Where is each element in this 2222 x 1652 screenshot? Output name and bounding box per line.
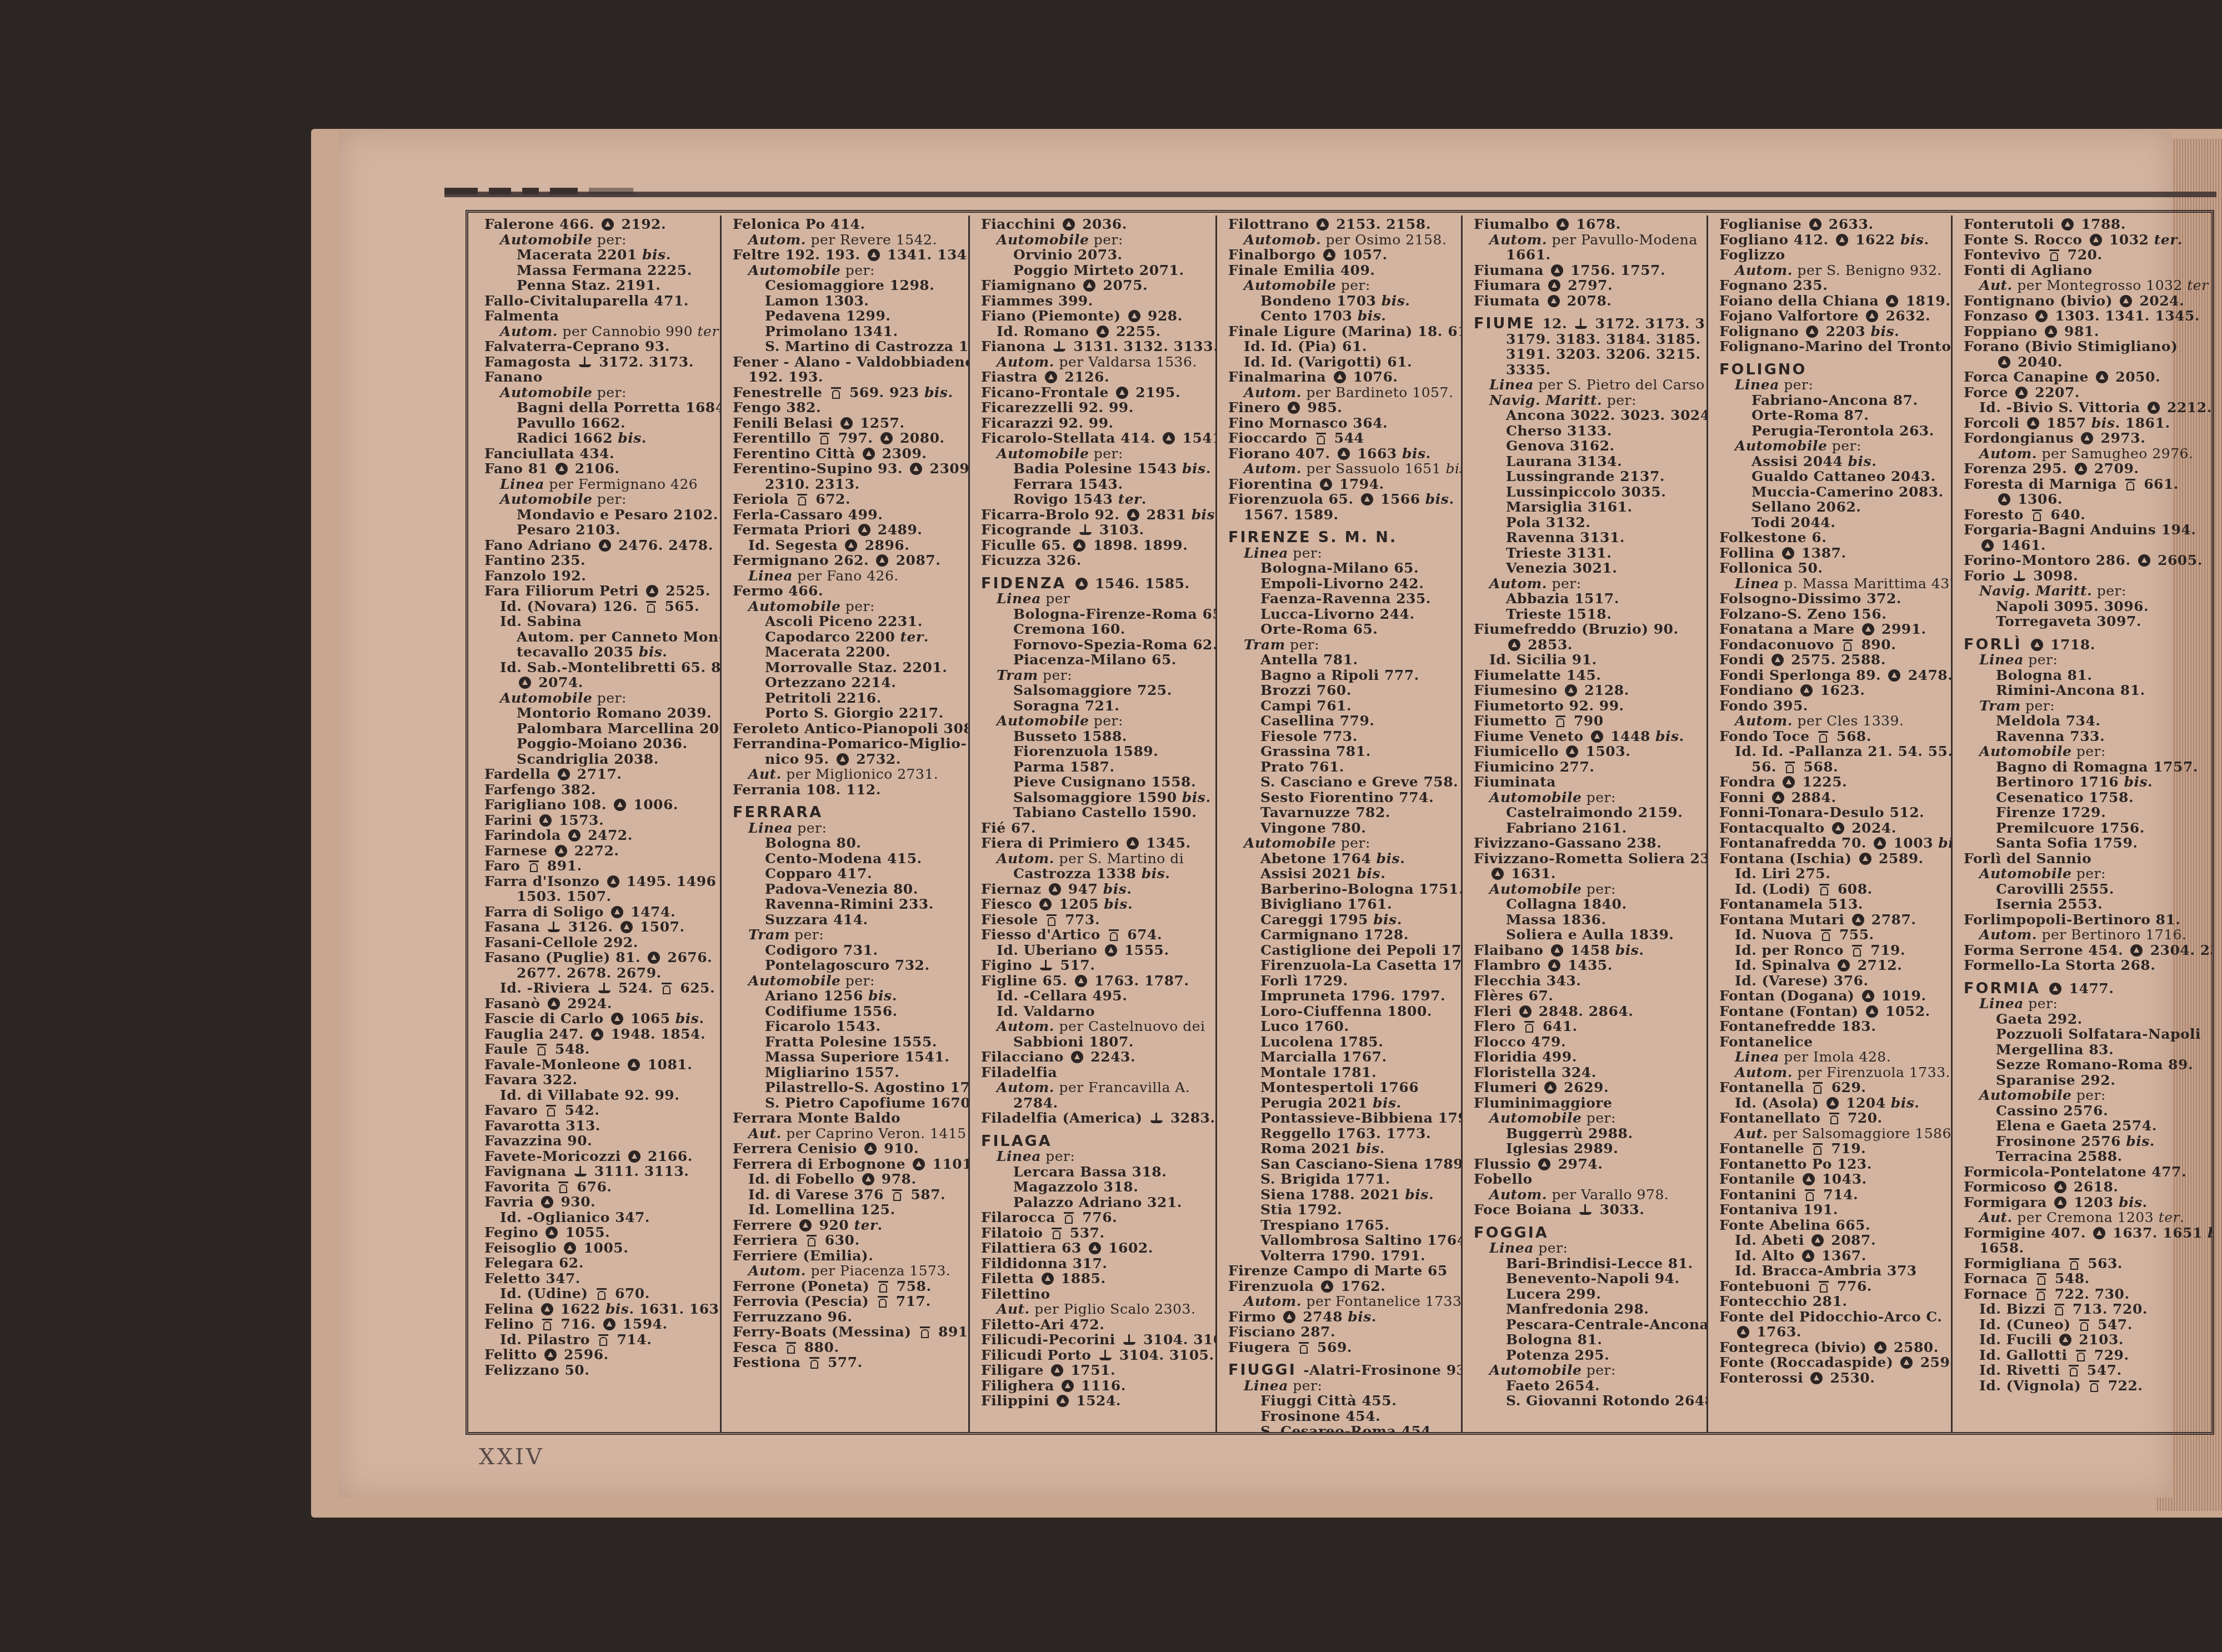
suffix-italic: bis — [618, 430, 642, 446]
automobile-service-icon — [539, 814, 552, 827]
connection-line: Automobile per: — [733, 263, 963, 278]
station-entry: Fenili Belasi 1257. — [733, 415, 963, 431]
station-entry: Follina 1387. — [1719, 545, 1945, 561]
service-type-label: Autom. — [1979, 927, 2037, 943]
connection-line: Autom. per Francavilla A. — [981, 1080, 1210, 1095]
index-line: Abbazia 1517. — [1474, 591, 1701, 607]
station-entry: Fontana Mutari 2787. — [1719, 912, 1945, 928]
connection-line: Linea per — [981, 591, 1210, 607]
index-line: Ravenna 3131. — [1474, 530, 1701, 545]
major-station-heading: FIDENZA 1546. 1585. — [981, 576, 1210, 592]
service-type-label: Autom. — [500, 323, 558, 339]
automobile-service-icon — [646, 585, 658, 597]
tramway-bell-icon — [785, 1341, 797, 1354]
tramway-bell-icon — [2035, 1273, 2048, 1285]
index-line: 1763. — [1719, 1324, 1945, 1340]
index-column-5: Fiumalbo 1678.Autom. per Pavullo-Modena1… — [1463, 216, 1708, 1432]
index-line: Id. per Ronco 719. — [1719, 943, 1945, 958]
station-entry: Fauglia 247. 1948. 1854. — [484, 1027, 714, 1042]
station-entry: Forano (Bivio Stimigliano) — [1964, 339, 2206, 354]
index-line: Carovilli 2555. — [1964, 882, 2206, 897]
automobile-service-icon — [1591, 730, 1603, 743]
automobile-service-icon — [1998, 493, 2010, 505]
service-type-label: Autom. — [997, 354, 1054, 370]
connection-line: Linea per: — [733, 820, 963, 836]
automobile-service-icon — [2059, 1334, 2071, 1346]
index-line: Id. (Novara) 126. 565. — [484, 599, 714, 614]
service-type-label: Autom. — [1735, 1064, 1793, 1080]
connection-line: Automobile per: — [1474, 790, 1701, 805]
suffix-italic: bis — [1615, 942, 1639, 958]
index-line: Cassino 2576. — [1964, 1103, 2206, 1119]
automobile-service-icon — [1127, 509, 1139, 521]
connection-line: Linea per: — [1474, 1240, 1701, 1256]
station-entry: Fengo 382. — [733, 400, 963, 415]
station-entry: Figline 65. 1763. 1787. — [981, 973, 1210, 989]
station-entry: Falerone 466. 2192. — [484, 217, 714, 232]
index-line: Codifiume 1556. — [733, 1004, 963, 1019]
index-line: Orte-Roma 87. — [1719, 408, 1945, 423]
index-line: Meldola 734. — [1964, 713, 2206, 729]
station-entry: Filattiera 63 1602. — [981, 1240, 1210, 1256]
index-line: Bondeno 1703 bis. — [1228, 293, 1455, 309]
suffix-italic: bis — [1402, 445, 1426, 462]
index-line: Genova 3162. — [1474, 438, 1701, 454]
station-entry: Ficogrande 3103. — [981, 522, 1210, 538]
tramway-bell-icon — [805, 1234, 818, 1246]
station-entry: Favignana 3111. 3113. — [484, 1164, 714, 1179]
index-line: Copparo 417. — [733, 866, 963, 882]
index-line: Parma 1587. — [981, 759, 1210, 775]
major-station-heading: FILAGA — [981, 1134, 1210, 1149]
index-line: Carmignano 1728. — [1228, 927, 1455, 943]
station-entry: Ficano-Frontale 2195. — [981, 385, 1210, 401]
automobile-service-icon — [628, 1150, 640, 1163]
index-line: Id. Spinalva 2712. — [1719, 958, 1945, 973]
automobile-service-icon — [2049, 983, 2061, 995]
station-entry: Flumeri 2629. — [1474, 1080, 1701, 1095]
index-line: Stia 1792. — [1228, 1202, 1455, 1218]
station-entry: Forgaria-Bagni Anduins 194. — [1964, 522, 2206, 538]
connection-line: Autom. per Cles 1339. — [1719, 713, 1945, 729]
index-line: Scandriglia 2038. — [484, 752, 714, 767]
connection-line: Autom. per Valdarsa 1536. — [981, 354, 1210, 370]
station-entry: Fonti di Agliano — [1964, 263, 2206, 278]
index-line: 2040. — [1964, 354, 2206, 370]
index-line: Elena e Gaeta 2574. — [1964, 1118, 2206, 1134]
automobile-service-icon — [628, 1059, 640, 1071]
automobile-service-icon — [620, 921, 633, 933]
index-line: 2853. — [1474, 637, 1701, 653]
service-type-label: Automobile — [1979, 865, 2071, 882]
index-line: Pilastrello-S. Agostino 1705. — [733, 1080, 963, 1095]
index-line: Firenze 1729. — [1964, 805, 2206, 820]
station-entry: Fonzaso 1303. 1341. 1345. — [1964, 308, 2206, 324]
station-entry: Filadelfia (America) 3283. 3291. — [981, 1110, 1210, 1126]
index-line: Lussingrande 2137. — [1474, 469, 1701, 484]
index-line: Radici 1662 bis. — [484, 430, 714, 446]
station-entry: Fiera di Primiero 1345. — [981, 835, 1210, 851]
tramway-bell-icon — [1298, 1341, 1310, 1354]
station-entry: Fontane (Fontan) 1052. — [1719, 1004, 1945, 1019]
index-line: Abetone 1764 bis. — [1228, 851, 1455, 867]
station-entry: Foglizzo — [1719, 247, 1945, 263]
connection-line: Linea per: — [1964, 652, 2206, 668]
index-line: Id. -Oglianico 347. — [484, 1210, 714, 1225]
station-entry: Fasana 3126. 1507. — [484, 919, 714, 935]
service-type-label: Linea — [748, 820, 793, 836]
station-entry: Finero 985. — [1228, 400, 1455, 415]
service-type-label: Automobile — [997, 445, 1089, 462]
station-entry: Fiumesino 2128. — [1474, 683, 1701, 698]
station-entry: Firenze Campo di Marte 65 — [1228, 1263, 1455, 1279]
major-station-heading: FIUME 12. 3172. 3173. 3176. — [1474, 316, 1701, 332]
tramway-bell-icon — [830, 387, 842, 399]
index-line: Autom. per Canneto Mon- — [484, 629, 714, 645]
tramway-bell-icon — [1315, 432, 1327, 444]
station-entry: Fanzolo 192. — [484, 568, 714, 584]
index-line: Cesenatico 1758. — [1964, 790, 2206, 805]
index-line: Benevento-Napoli 94. — [1474, 1271, 1701, 1286]
station-entry: Ferruzzano 96. — [733, 1309, 963, 1325]
connection-line: Automobile per: — [1228, 835, 1455, 851]
navigation-ship-icon — [1099, 1349, 1112, 1361]
automobile-service-icon — [568, 829, 580, 842]
station-entry: Fonte (Roccadaspide) 2598. — [1719, 1355, 1945, 1370]
station-entry: Feletto 347. — [484, 1271, 714, 1286]
index-line: Roma 2021 bis. — [1228, 1141, 1455, 1157]
navigation-ship-icon — [547, 921, 560, 933]
navigation-ship-icon — [598, 982, 611, 994]
station-entry: Filigare 1751. — [981, 1363, 1210, 1378]
tramway-bell-icon — [796, 493, 808, 505]
index-line: Macerata 2200. — [733, 644, 963, 660]
automobile-service-icon — [555, 463, 568, 475]
service-type-label: Autom. — [748, 1263, 806, 1279]
connection-line: Automobile per: — [1474, 1110, 1701, 1126]
automobile-service-icon — [1551, 264, 1563, 277]
automobile-service-icon — [1361, 493, 1373, 505]
automobile-service-icon — [1783, 776, 1795, 788]
automobile-service-icon — [1565, 684, 1577, 697]
connection-line: Automobile per: — [733, 599, 963, 614]
station-entry: Figino 517. — [981, 958, 1210, 973]
station-entry: Farini 1573. — [484, 813, 714, 828]
station-entry: Foiano della Chiana 1819. — [1719, 293, 1945, 309]
index-line: Napoli 3095. 3096. — [1964, 599, 2206, 614]
station-entry: Foglianise 2633. — [1719, 217, 1945, 232]
station-entry: Famagosta 3172. 3173. — [484, 354, 714, 370]
station-entry: Fondaconuovo 890. — [1719, 637, 1945, 653]
automobile-service-icon — [2130, 944, 2143, 957]
suffix-italic: ter — [698, 323, 719, 339]
index-line: Ficarolo 1543. — [733, 1019, 963, 1034]
index-line: Lucera 299. — [1474, 1286, 1701, 1302]
suffix-italic: bis — [1182, 789, 1206, 805]
index-line: Premilcuore 1756. — [1964, 820, 2206, 836]
station-entry: Farindola 2472. — [484, 828, 714, 843]
station-entry: Ferrere 920 ter. — [733, 1218, 963, 1233]
station-entry: Fornace 722. 730. — [1964, 1286, 2206, 1302]
index-line: Lamon 1303. — [733, 293, 963, 309]
index-line: Fornovo-Spezia-Roma 62.63 — [981, 637, 1210, 653]
index-line: Padova-Venezia 80. — [733, 882, 963, 897]
service-type-label: Linea — [997, 590, 1041, 607]
index-line: nico 95. 2732. — [733, 752, 963, 767]
station-entry: Ferla-Cassaro 499. — [733, 507, 963, 523]
index-line: Trieste 1518. — [1474, 607, 1701, 622]
service-type-label: Automobile — [748, 262, 840, 278]
index-line: Id. -Riviera 524. 625. — [484, 980, 714, 996]
station-entry: Fontanamela 513. — [1719, 897, 1945, 912]
service-type-label: Linea — [1979, 652, 2024, 668]
automobile-service-icon — [599, 539, 611, 552]
index-line: S. Giovanni Rotondo 2648. — [1474, 1393, 1701, 1409]
tramway-bell-icon — [595, 1288, 608, 1300]
index-line: San Casciano-Siena 1789. — [1228, 1157, 1455, 1172]
index-line: Todi 2044. — [1719, 515, 1945, 530]
station-entry: Falvaterra-Ceprano 93. — [484, 339, 714, 354]
station-entry: Filatoio 537. — [981, 1225, 1210, 1241]
suffix-italic: bis — [1405, 1187, 1429, 1203]
station-entry: Ferentino Città 2309. — [733, 446, 963, 462]
station-entry: Felitto 2596. — [484, 1347, 714, 1363]
station-entry: Fivizzano-Rometta Soliera 238. — [1474, 851, 1701, 867]
automobile-service-icon — [1737, 1326, 1749, 1338]
major-station-heading: FOLIGNO — [1719, 362, 1945, 378]
automobile-service-icon — [1116, 387, 1128, 399]
station-entry: Fiumefreddo (Bruzio) 90. — [1474, 622, 1701, 637]
service-type-label: Automobile — [997, 713, 1089, 729]
index-line: Id. Abeti 2087. — [1719, 1233, 1945, 1248]
automobile-service-icon — [1323, 249, 1335, 261]
station-entry: Ferentino-Supino 93. 2309. — [733, 461, 963, 477]
automobile-service-icon — [1338, 448, 1350, 460]
station-entry: Felino 716. 1594. — [484, 1316, 714, 1332]
index-line: Volterra 1790. 1791. — [1228, 1248, 1455, 1264]
index-line: Orte-Roma 65. — [1228, 622, 1455, 637]
index-line: Gualdo Cattaneo 2043. — [1719, 469, 1945, 484]
index-line: Id. (Varese) 376. — [1719, 973, 1945, 989]
index-line: Venezia 3021. — [1474, 560, 1701, 576]
station-entry: Fontana (Ischia) 2589. — [1719, 851, 1945, 867]
station-entry: Fiamignano 2075. — [981, 278, 1210, 293]
index-line: Id. Fucili 2103. — [1964, 1332, 2206, 1348]
navigation-ship-icon — [1574, 318, 1588, 330]
index-line: Macerata 2201 bis. — [484, 247, 714, 263]
automobile-service-icon — [1800, 684, 1813, 697]
suffix-italic: bis — [1382, 293, 1405, 309]
automobile-service-icon — [1057, 1395, 1069, 1407]
service-type-label: Linea — [1979, 995, 2024, 1012]
index-line: 3179. 3183. 3184. 3185. 3186. — [1474, 332, 1701, 347]
suffix-italic: bis — [1358, 308, 1382, 324]
station-entry: Flero 641. — [1474, 1019, 1701, 1034]
station-entry: Fara Filiorum Petri 2525. — [484, 583, 714, 599]
station-entry: Feisoglio 1005. — [484, 1240, 714, 1256]
station-entry: Folignano 2203 bis. — [1719, 324, 1945, 339]
suffix-italic: bis — [2126, 1133, 2150, 1149]
station-entry: Fordongianus 2973. — [1964, 430, 2206, 446]
suffix-italic: ter — [854, 1217, 877, 1233]
station-entry: Formello-La Storta 268. — [1964, 958, 2206, 973]
automobile-service-icon — [1317, 218, 1329, 231]
automobile-service-icon — [602, 218, 614, 231]
automobile-service-icon — [1071, 1051, 1083, 1063]
automobile-service-icon — [1566, 745, 1578, 758]
index-line: Sabbioni 1807. — [981, 1034, 1210, 1050]
index-line: Id. Bracca-Ambria 373 — [1719, 1263, 1945, 1279]
heading-references: 12. 3172. 3173. 3176. — [1542, 316, 1708, 332]
station-entry: Favale-Monleone 1081. — [484, 1057, 714, 1073]
index-line: Id. -Bivio S. Vittoria 2212. — [1964, 400, 2206, 415]
index-line: Trespiano 1765. — [1228, 1218, 1455, 1233]
station-entry: Fanciullata 434. — [484, 446, 714, 462]
index-line: Barberino-Bologna 1751. — [1228, 882, 1455, 897]
index-line: Id. Id. (Pia) 61. — [1228, 339, 1455, 354]
index-line: Id. di Fobello 978. — [733, 1172, 963, 1187]
index-line: Ravenna-Rimini 233. — [733, 897, 963, 912]
station-entry: Ficarra-Brolo 92. 2831 bis. — [981, 507, 1210, 523]
tramway-bell-icon — [2075, 1349, 2087, 1361]
service-type-label: Automobile — [500, 491, 592, 507]
service-type-label: Linea — [1735, 1049, 1779, 1065]
suffix-italic: bis — [2208, 1225, 2212, 1241]
index-line: Sesto Fiorentino 774. — [1228, 790, 1455, 805]
station-entry: Ficarolo-Stellata 414. 1541. — [981, 430, 1210, 446]
heading-references: 1546. 1585. — [1073, 575, 1190, 592]
station-entry: Folzano-S. Zeno 156. — [1719, 607, 1945, 622]
tramway-bell-icon — [1818, 883, 1830, 895]
station-entry: Fontanella 629. — [1719, 1080, 1945, 1095]
index-line: Massa Fermana 2225. — [484, 263, 714, 278]
automobile-service-icon — [1771, 654, 1784, 666]
index-columns: Falerone 466. 2192.Automobile per:Macera… — [473, 216, 2212, 1432]
index-line: Bari-Brindisi-Lecce 81. — [1474, 1256, 1701, 1271]
tramway-bell-icon — [528, 860, 540, 872]
index-line: Poggio Mirteto 2071. — [981, 263, 1210, 278]
station-entry: Fontanini 714. — [1719, 1187, 1945, 1203]
connection-line: Aut. per Salsomaggiore 1586. — [1719, 1126, 1945, 1142]
index-line: 56. 568. — [1719, 759, 1945, 775]
index-line: Tavarnuzze 782. — [1228, 805, 1455, 820]
index-line: Laurana 3134. — [1474, 454, 1701, 469]
index-line: Marcialla 1767. — [1228, 1049, 1455, 1065]
index-line: Faenza-Ravenna 235. — [1228, 591, 1455, 607]
station-entry: Fermignano 262. 2087. — [733, 553, 963, 568]
service-type-label: Automobile — [500, 690, 592, 706]
index-line: Vallombrosa Saltino 1764. — [1228, 1233, 1455, 1248]
index-line: Tabiano Castello 1590. — [981, 805, 1210, 820]
navigation-ship-icon — [2013, 570, 2026, 582]
connection-line: Autom. per Bertinoro 1716. — [1964, 927, 2206, 943]
automobile-service-icon — [1042, 1273, 1054, 1285]
station-entry: Fioccardo 544 — [1228, 430, 1455, 446]
connection-line: Linea per: — [1719, 377, 1945, 393]
index-line: Badia Polesine 1543 bis. — [981, 461, 1210, 477]
connection-line: Linea per: — [981, 1149, 1210, 1164]
automobile-service-icon — [2035, 310, 2048, 322]
index-column-1: Falerone 466. 2192.Automobile per:Macera… — [473, 216, 722, 1432]
index-line: S. Martino di Castrozza 1345. — [733, 339, 963, 354]
connection-line: Autom. per Piacenza 1573. — [733, 1263, 963, 1279]
index-line: Santa Sofia 1759. — [1964, 835, 2206, 851]
index-line: Cremona 160. — [981, 622, 1210, 637]
index-line: Gaeta 292. — [1964, 1012, 2206, 1027]
tramway-bell-icon — [1804, 1189, 1816, 1201]
station-entry: Forio 3098. — [1964, 568, 2206, 584]
station-entry: Filicudi-Pecorini 3104. 3105. — [981, 1332, 1210, 1348]
connection-line: Aut. per Cremona 1203 ter. — [1964, 1210, 2206, 1225]
index-line: Perugia-Terontola 263. — [1719, 423, 1945, 439]
index-line: 1503. 1507. — [484, 889, 714, 904]
index-line: Bologna-Firenze-Roma 65. — [981, 607, 1210, 622]
automobile-service-icon — [1492, 868, 1504, 880]
connection-line: Autom. per Bardineto 1057. — [1228, 385, 1455, 401]
station-entry: Feltre 192. 193. 1341. 1345. — [733, 247, 963, 263]
station-entry: Floridia 499. — [1474, 1049, 1701, 1065]
tramway-bell-icon — [1050, 1227, 1063, 1239]
service-type-label: Autom. — [748, 232, 806, 248]
index-line: Codigoro 731. — [733, 943, 963, 958]
navigation-ship-icon — [1579, 1204, 1592, 1216]
connection-line: Automobile per: — [1474, 1363, 1701, 1378]
connection-line: Automobile per: — [1964, 1088, 2206, 1103]
station-entry: Farigliano 108. 1006. — [484, 797, 714, 813]
index-line: Potenza 295. — [1474, 1348, 1701, 1363]
automobile-service-icon — [2061, 218, 2074, 231]
heading-references: 1477. — [2047, 980, 2114, 997]
index-line: Massa Superiore 1541. — [733, 1049, 963, 1065]
automobile-service-icon — [1832, 822, 1844, 834]
suffix-italic: bis — [605, 1301, 629, 1317]
station-entry: Fiumetto 790 — [1474, 713, 1701, 729]
station-entry: Fondiano 1623. — [1719, 683, 1945, 698]
station-entry: Fildidonna 317. — [981, 1256, 1210, 1271]
page-number: XXIV — [479, 1444, 544, 1470]
station-entry: Fonte S. Rocco 1032 ter. — [1964, 232, 2206, 248]
automobile-service-icon — [603, 1318, 615, 1330]
station-entry: Fiesco 1205 bis. — [981, 897, 1210, 912]
service-type-label: Autom. — [517, 629, 574, 645]
tramway-bell-icon — [1063, 1212, 1075, 1224]
connection-line: Automobile per: — [981, 446, 1210, 462]
automobile-service-icon — [2015, 387, 2028, 399]
suffix-italic: bis — [1377, 850, 1400, 867]
station-entry: Ferrara Monte Baldo — [733, 1110, 963, 1126]
service-type-label: Linea — [1244, 545, 1288, 561]
index-line: Fiorenzuola 1589. — [981, 744, 1210, 759]
station-entry: Forca Canapine 2050. — [1964, 369, 2206, 385]
index-line: Fratta Polesine 1555. — [733, 1034, 963, 1050]
index-line: Cherso 3133. — [1474, 423, 1701, 439]
service-type-label: Autom. — [1244, 460, 1302, 477]
automobile-service-icon — [1519, 1005, 1532, 1018]
station-entry: Fontecchio 281. — [1719, 1294, 1945, 1309]
station-entry: Fino Mornasco 364. — [1228, 415, 1455, 431]
suffix-italic: bis — [1348, 1309, 1372, 1325]
index-line: Soragna 721. — [981, 698, 1210, 714]
automobile-service-icon — [1320, 478, 1332, 490]
automobile-service-icon — [611, 906, 623, 918]
station-entry: Fiumana 1756. 1757. — [1474, 263, 1701, 278]
station-entry: Fiumara 2797. — [1474, 278, 1701, 293]
automobile-service-icon — [1288, 402, 1300, 414]
index-line: Pola 3132. — [1474, 515, 1701, 530]
station-entry: Fontanelle 719. — [1719, 1141, 1945, 1157]
station-entry: Fasanò 2924. — [484, 996, 714, 1012]
station-entry: Fasani-Cellole 292. — [484, 935, 714, 950]
